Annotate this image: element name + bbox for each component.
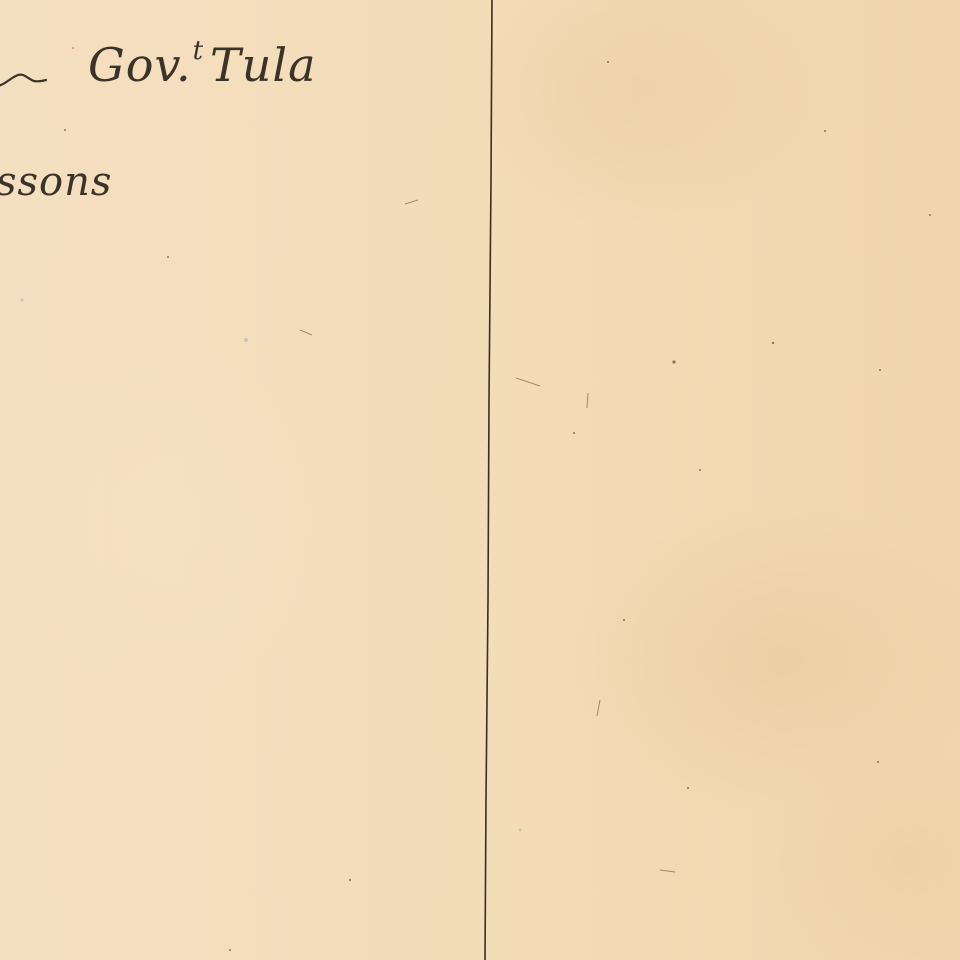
meridian-line	[0, 0, 960, 960]
map-sheet: Gov.tTula ssons	[0, 0, 960, 960]
